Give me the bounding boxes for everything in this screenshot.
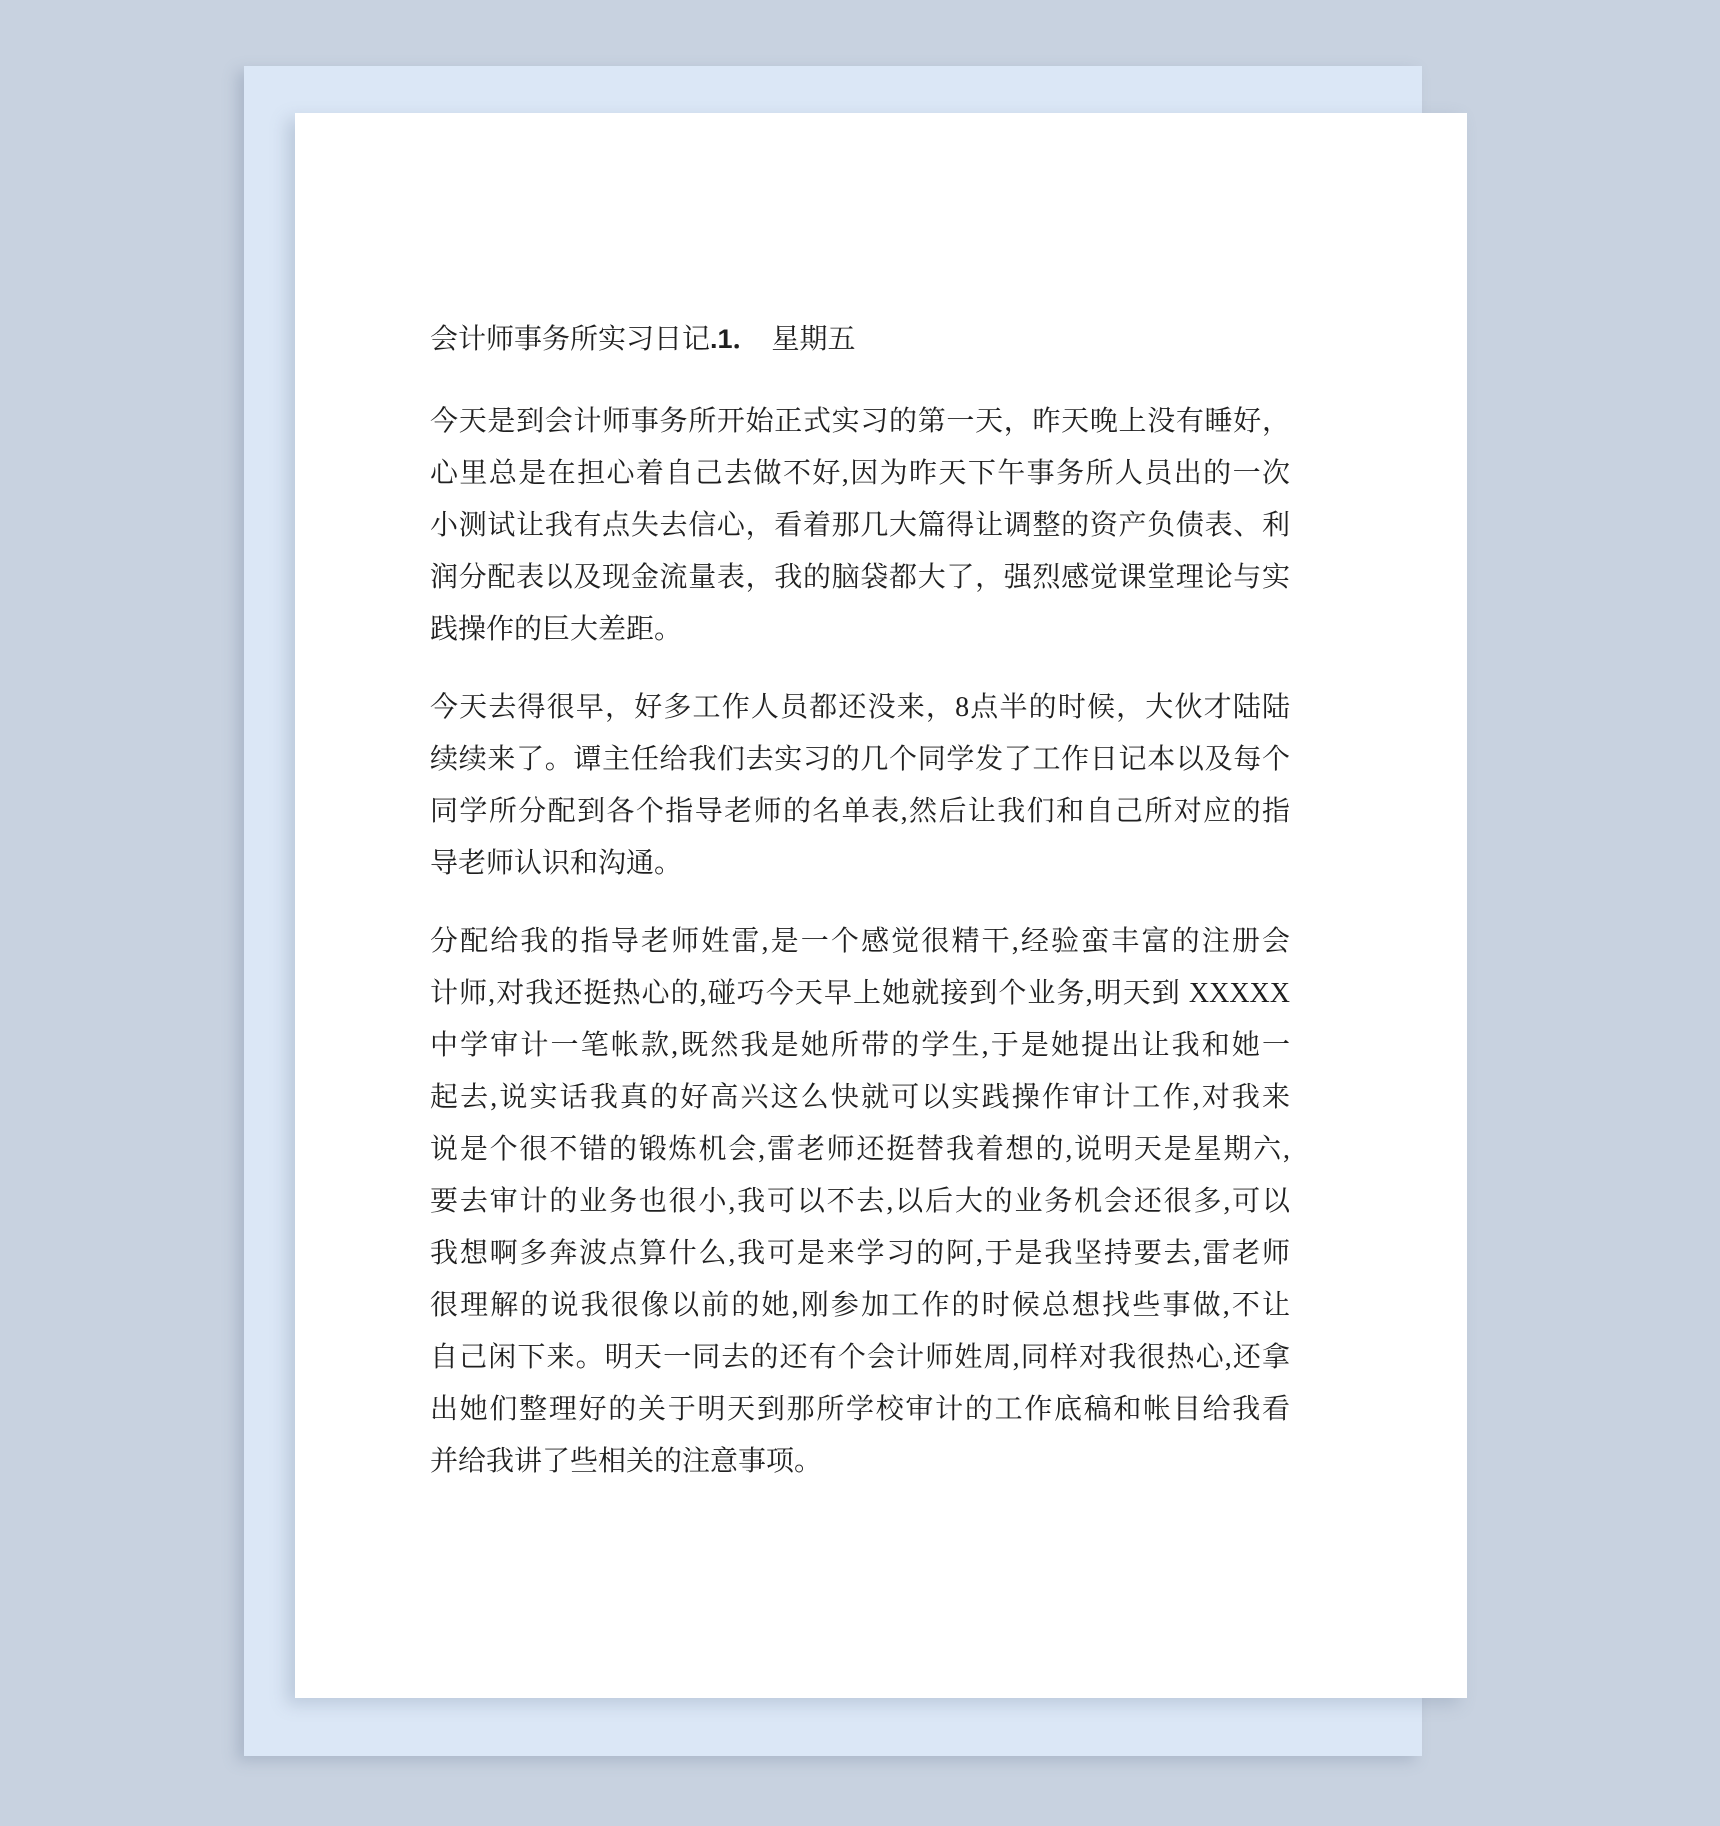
text-line: 续续来了。谭主任给我们去实习的几个同学发了工作日记本以及每个 [430, 734, 1290, 786]
document-page: 会计师事务所实习日记.1．星期五 今天是到会计师事务所开始正式实习的第一天，昨天… [295, 113, 1467, 1698]
text-line: 今天去得很早，好多工作人员都还没来，8点半的时候，大伙才陆陆 [430, 682, 1290, 734]
text-line: 导老师认识和沟通。 [430, 838, 1290, 890]
text-line: 中学审计一笔帐款,既然我是她所带的学生,于是她提出让我和她一 [430, 1020, 1290, 1072]
text-line: 起去,说实话我真的好高兴这么快就可以实践操作审计工作,对我来 [430, 1072, 1290, 1124]
text-line: 践操作的巨大差距。 [430, 604, 1290, 656]
text-line: 今天是到会计师事务所开始正式实习的第一天，昨天晚上没有睡好， [430, 396, 1290, 448]
text-line: 很理解的说我很像以前的她,刚参加工作的时候总想找些事做,不让 [430, 1280, 1290, 1332]
text-line: 润分配表以及现金流量表，我的脑袋都大了，强烈感觉课堂理论与实 [430, 552, 1290, 604]
paragraph: 分配给我的指导老师姓雷,是一个感觉很精干,经验蛮丰富的注册会计师,对我还挺热心的… [430, 916, 1290, 1488]
app-background: { "window": { "background_color": "#c8d2… [0, 0, 1720, 1826]
text-line: 分配给我的指导老师姓雷,是一个感觉很精干,经验蛮丰富的注册会 [430, 916, 1290, 968]
text-line: 小测试让我有点失去信心，看着那几大篇得让调整的资产负债表、利 [430, 500, 1290, 552]
text-line: 计师,对我还挺热心的,碰巧今天早上她就接到个业务,明天到 XXXXX [430, 968, 1290, 1020]
text-line: 同学所分配到各个指导老师的名单表,然后让我们和自己所对应的指 [430, 786, 1290, 838]
paragraph: 今天是到会计师事务所开始正式实习的第一天，昨天晚上没有睡好，心里总是在担心着自己… [430, 396, 1290, 656]
document-title: 会计师事务所实习日记.1．星期五 [430, 313, 1290, 366]
paragraph: 今天去得很早，好多工作人员都还没来，8点半的时候，大伙才陆陆续续来了。谭主任给我… [430, 682, 1290, 890]
title-text: 会计师事务所实习日记 [430, 324, 710, 355]
title-number: .1． [710, 324, 760, 354]
text-line: 要去审计的业务也很小,我可以不去,以后大的业务机会还很多,可以 [430, 1176, 1290, 1228]
text-line: 并给我讲了些相关的注意事项。 [430, 1436, 1290, 1488]
text-line: 心里总是在担心着自己去做不好,因为昨天下午事务所人员出的一次 [430, 448, 1290, 500]
title-day: 星期五 [772, 324, 856, 355]
text-line: 说是个很不错的锻炼机会,雷老师还挺替我着想的,说明天是星期六, [430, 1124, 1290, 1176]
text-line: 出她们整理好的关于明天到那所学校审计的工作底稿和帐目给我看 [430, 1384, 1290, 1436]
text-line: 自己闲下来。明天一同去的还有个会计师姓周,同样对我很热心,还拿 [430, 1332, 1290, 1384]
document-body: 今天是到会计师事务所开始正式实习的第一天，昨天晚上没有睡好，心里总是在担心着自己… [430, 396, 1290, 1488]
text-line: 我想啊多奔波点算什么,我可是来学习的阿,于是我坚持要去,雷老师 [430, 1228, 1290, 1280]
